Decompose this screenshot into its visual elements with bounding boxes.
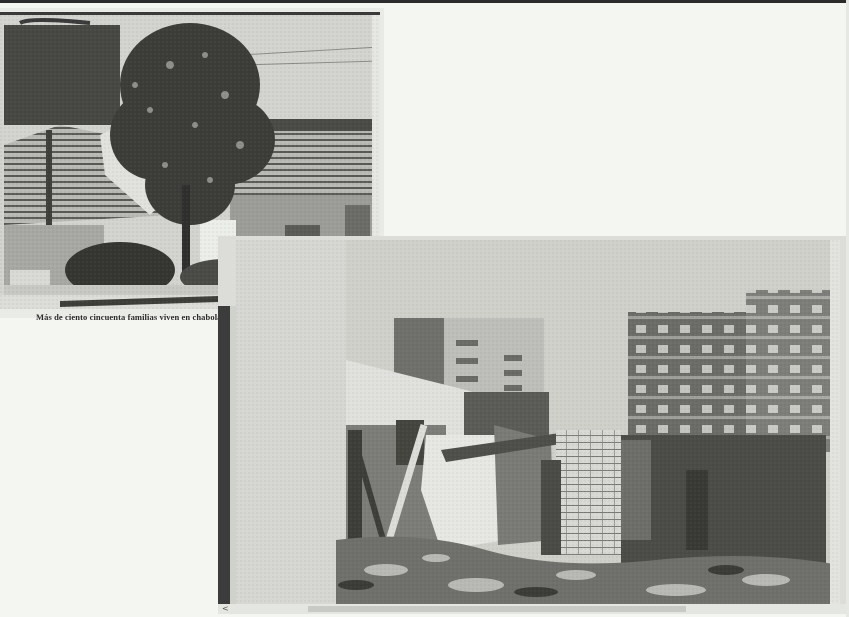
photo-caption: Más de ciento cincuenta familias viven e… [36,312,225,322]
clipping-shacks: < [218,236,846,614]
column-rule [218,306,230,606]
shacks-photo-illustration [236,240,840,606]
bottom-shadow-bar [308,606,686,612]
photo-shacks-and-apartments [236,240,840,606]
clipping-bottom-margin: < [218,604,846,614]
corner-mark: < [222,604,229,613]
scan-edge-top [0,0,849,3]
